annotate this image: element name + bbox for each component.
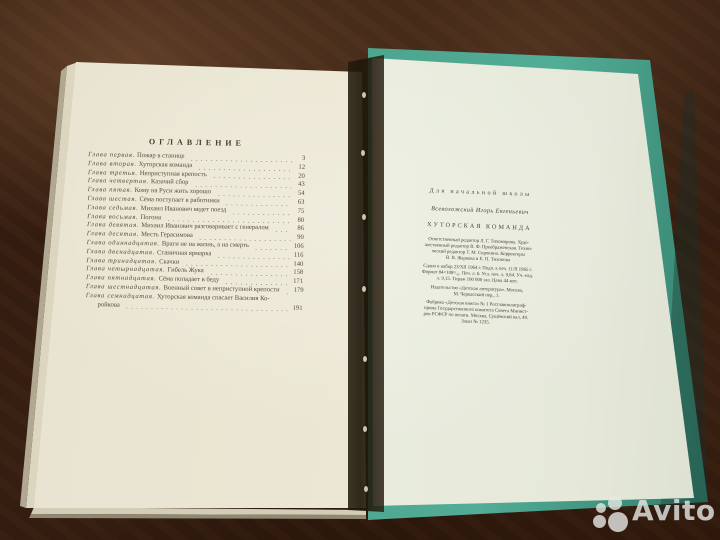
imprint-group: Ответственный редактор Л. Г. Тихомирова.… — [396, 236, 561, 266]
toc-page-number: 179 — [293, 287, 303, 296]
colophon-book-title: ХУТОРСКАЯ КОМАНДА — [397, 220, 561, 233]
imprint-group: Фабрика «Детская книга» № 1 Росглавполиг… — [394, 299, 559, 329]
toc-page-number: 106 — [294, 243, 304, 252]
toc-entry-title: ройкова — [98, 301, 120, 310]
avito-logo-icon — [608, 512, 628, 532]
toc-list: Глава первая.Пожар в станице3Глава втора… — [86, 151, 306, 313]
imprint-group: Сдано в набор 23/XII 1964 г. Подп. к печ… — [395, 263, 560, 287]
toc-page-number: 54 — [294, 190, 304, 199]
toc-page-number: 158 — [293, 269, 303, 278]
toc-page-number: 43 — [295, 181, 305, 190]
toc-page-number: 191 — [292, 304, 302, 313]
toc-page-number: 140 — [293, 260, 303, 269]
table-of-contents: ОГЛАВЛЕНИЕ Глава первая.Пожар в станице3… — [86, 136, 306, 313]
toc-page-number: 90 — [294, 234, 304, 243]
toc-page-number: 3 — [295, 155, 305, 164]
toc-page-number: 86 — [294, 225, 304, 234]
toc-page-number: 63 — [294, 199, 304, 208]
binding-stitch — [362, 214, 366, 220]
toc-page-number: 80 — [294, 216, 304, 225]
avito-watermark: Avito — [588, 492, 718, 536]
binding-stitch — [364, 486, 368, 492]
toc-chapter-label: Глава семнадцатая. — [86, 292, 155, 302]
avito-logo-icon — [593, 515, 606, 528]
photo-of-open-book: ОГЛАВЛЕНИЕ Глава первая.Пожар в станице3… — [0, 0, 720, 540]
toc-page-number: 75 — [294, 208, 304, 217]
binding-stitch — [363, 356, 367, 362]
colophon-author: Всеволожский Игорь Евгеньевич — [398, 204, 562, 217]
avito-wordmark: Avito — [632, 494, 716, 527]
colophon: Для начальной школы Всеволожский Игорь Е… — [393, 187, 562, 332]
toc-entry-title: Скачки — [159, 258, 179, 267]
toc-page-number: 116 — [293, 251, 303, 260]
binding-stitch — [362, 286, 366, 292]
toc-page-number: 20 — [295, 172, 305, 181]
binding-stitch — [363, 426, 367, 432]
toc-entry-title: Погоня — [140, 214, 161, 223]
colophon-imprint: Ответственный редактор Л. Г. Тихомирова.… — [394, 236, 561, 329]
dot-leader — [284, 293, 290, 294]
toc-page-number: 171 — [293, 278, 303, 287]
binding-stitch — [361, 150, 365, 156]
toc-page-number: 12 — [295, 164, 305, 173]
binding-stitch — [362, 92, 366, 98]
avito-logo-icon — [608, 496, 622, 510]
avito-logo-icon — [596, 503, 606, 513]
